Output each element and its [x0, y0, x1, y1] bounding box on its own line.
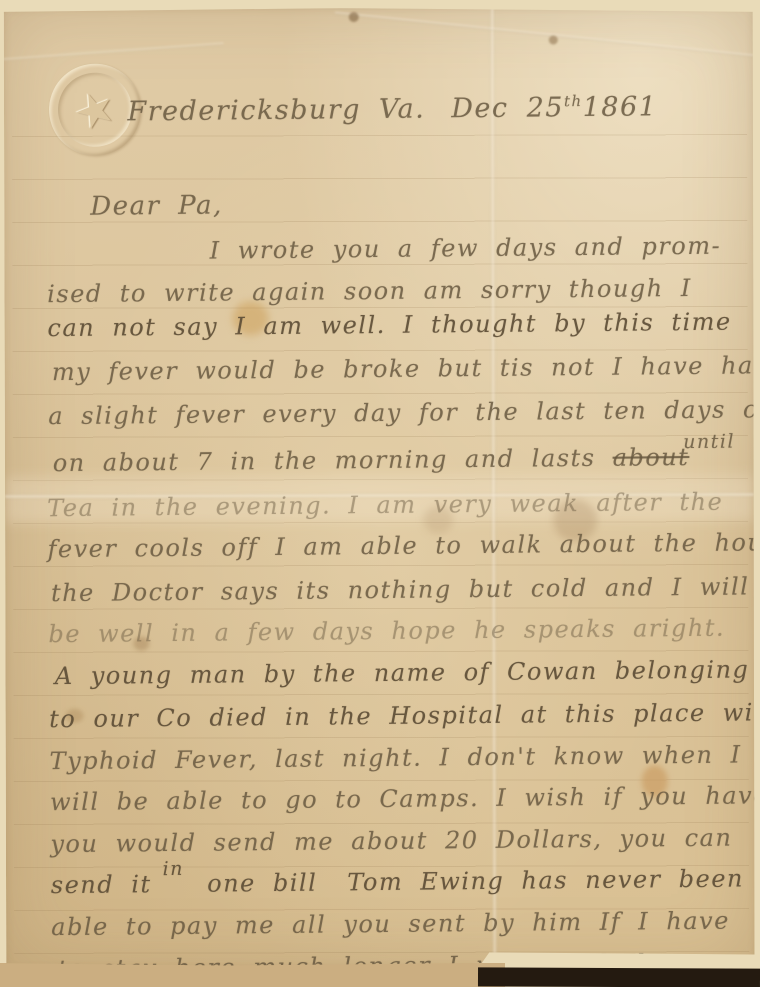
letter-line: fever cools off I am able to walk about … — [47, 530, 760, 561]
letter-line-with-correction: on about 7 in the morning and lasts abou… — [53, 445, 742, 476]
dateline-date: Dec 25th1861 — [451, 91, 657, 124]
inserted-word: in — [162, 860, 184, 879]
inserted-word: until — [683, 433, 735, 452]
letter-line: able to pay me all you sent by him If I … — [51, 909, 730, 940]
scan-background-dark — [478, 967, 760, 987]
letter-line: you would send me about 20 Dollars, you … — [50, 826, 732, 857]
date-ordinal-superscript: th — [564, 92, 583, 110]
letter-line: my fever would be broke but tis not I ha… — [52, 353, 760, 384]
dateline: Fredericksburg Va.Dec 25th1861 — [127, 93, 657, 125]
letter-line: ised to write again soon am sorry though… — [47, 276, 692, 306]
letter-line: can not say I am well. I thought by this… — [47, 310, 731, 341]
struck-word: about — [612, 443, 689, 472]
letter-line: Tea in the evening. I am very weak after… — [47, 490, 723, 520]
scan-background-tan — [0, 963, 505, 987]
dateline-place: Fredericksburg Va. — [127, 94, 425, 128]
letter-line: A young man by the name of Cowan belongi… — [55, 657, 750, 688]
letter-line: Typhoid Fever, last night. I don't know … — [49, 743, 741, 774]
salutation: Dear Pa, — [90, 192, 223, 219]
letter-sheet: ★ Fredericksburg Va.Dec 25th1861 Dear Pa… — [4, 7, 756, 969]
letter-line: the Doctor says its nothing but cold and… — [51, 574, 750, 605]
letter-line: will be able to go to Camps. I wish if y… — [50, 783, 760, 814]
handwriting-layer: Fredericksburg Va.Dec 25th1861 Dear Pa, … — [0, 4, 758, 971]
letter-line: be well in a few days hope he speaks ari… — [48, 616, 725, 646]
letter-line-with-insertion: send it in one billTom Ewing has never b… — [51, 867, 744, 898]
letter-line: to our Co died in the Hospital at this p… — [49, 700, 760, 731]
letter-line: I wrote you a few days and prom- — [210, 234, 722, 263]
letter-line: a slight fever every day for the last te… — [48, 397, 760, 428]
